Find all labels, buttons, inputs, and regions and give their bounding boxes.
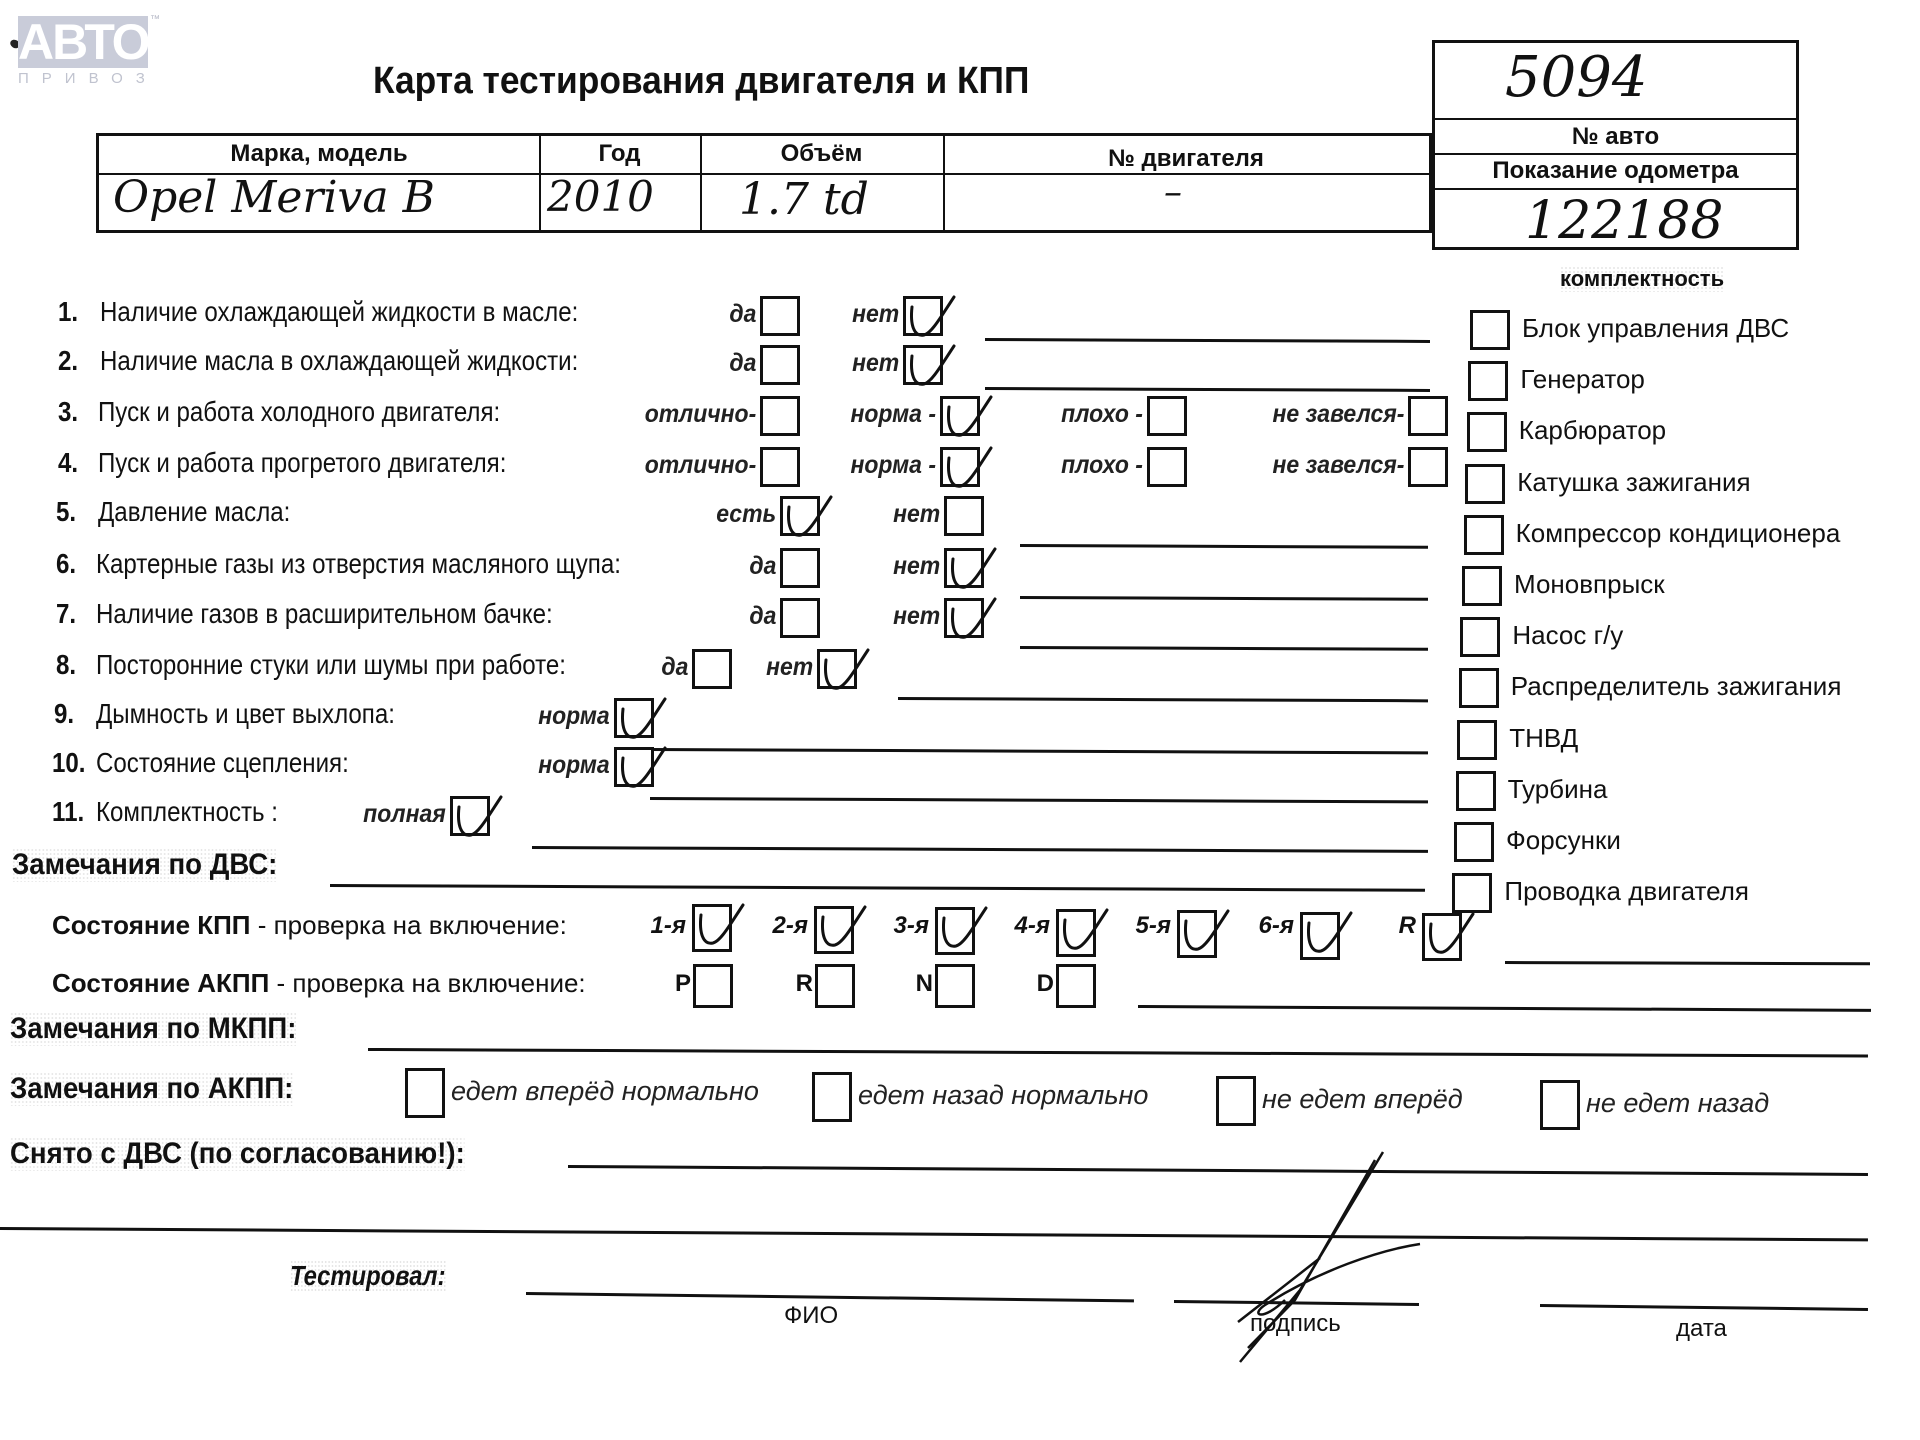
signature-scribble bbox=[0, 0, 1920, 1440]
